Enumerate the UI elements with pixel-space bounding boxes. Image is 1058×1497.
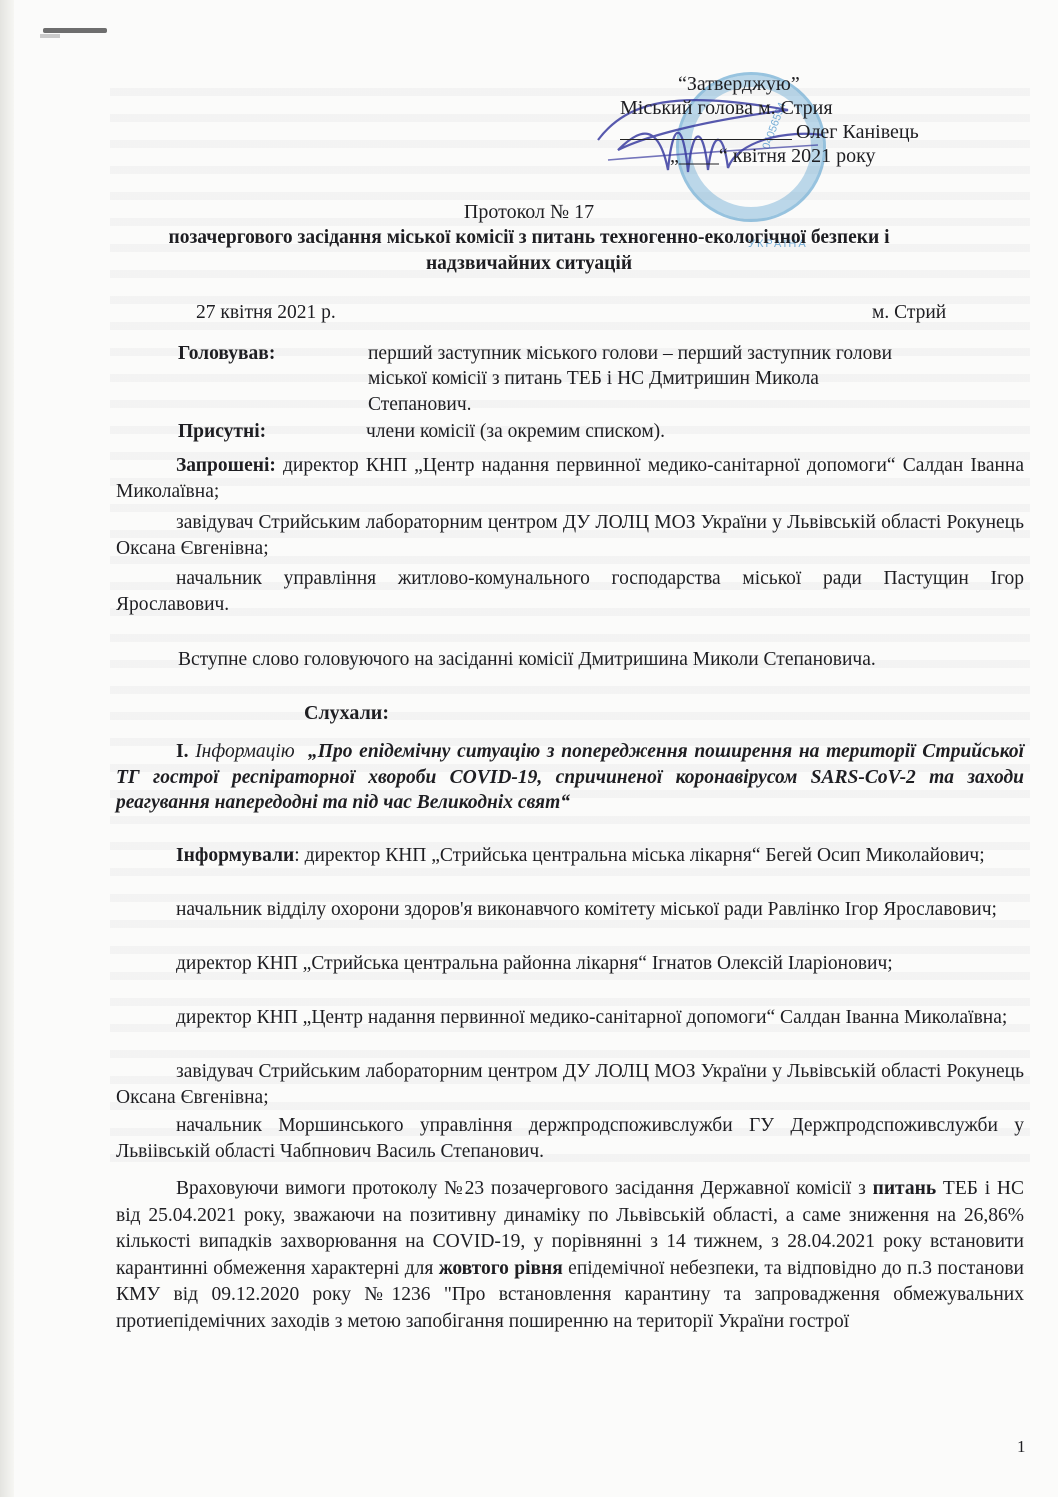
invited-item: начальник управління житлово-комунальног… [116,566,1024,617]
chaired-text-line1: перший заступник міського голови – перши… [368,342,892,366]
intro-statement: Вступне слово головуючого на засіданні к… [178,648,876,672]
approval-date: „____“ квітня 2021 року [620,144,919,168]
invited-item: завідувач Стрийським лабораторним центро… [116,510,1024,561]
informed-label: Інформували [176,845,294,866]
scan-artifact-mark [40,34,60,38]
informed-item: директор КНП „Стрийська центральна район… [116,951,1024,977]
approval-signer-line: Олег Канівець [620,120,919,144]
heard-heading: Слухали: [304,701,389,725]
page-number: 1 [1017,1437,1026,1457]
agenda-item-1: І. Інформацію „Про епідемічну ситуацію з… [116,739,1024,816]
present-label: Присутні: [178,420,266,444]
approval-block: “Затверджую” Міський голова м. Стрия Оле… [620,72,919,168]
document-subtitle-line1: позачергового засідання міської комісії … [0,226,1058,250]
chaired-label: Головував: [178,342,275,366]
invited-item: Запрошені: директор КНП „Центр надання п… [116,453,1024,504]
signature-line [620,139,792,140]
informed-item: завідувач Стрийським лабораторним центро… [116,1059,1024,1110]
informed-item: начальник Моршинського управління держпр… [116,1113,1024,1164]
decision-paragraph: Враховуючи вимоги протоколу №23 позачерг… [116,1176,1024,1335]
approval-heading: “Затверджую” [620,72,919,96]
informed-item: начальник відділу охорони здоров'я викон… [116,897,1024,923]
approval-signer-name: Олег Канівець [796,121,919,143]
informed-item: директор КНП „Центр надання первинної ме… [116,1005,1024,1031]
chaired-text-line3: Степанович. [368,393,472,417]
invited-label: Запрошені: [176,455,276,476]
document-subtitle-line2: надзвичайних ситуацій [0,252,1058,276]
meeting-date: 27 квітня 2021 р. [196,301,336,325]
document-title: Протокол № 17 [0,200,1058,224]
chaired-text-line2: міської комісії з питань ТЕБ і НС Дмитри… [368,367,819,391]
scan-artifact-mark [43,28,107,33]
present-text: члени комісії (за окремим списком). [366,420,665,444]
informed-item: Інформували: директор КНП „Стрийська цен… [116,843,1024,869]
approval-position: Міський голова м. Стрия [620,96,919,120]
meeting-place: м. Стрий [872,301,946,325]
scan-page-edge [0,0,14,1497]
yellow-level-emphasis: жовтого рівня [439,1258,563,1279]
